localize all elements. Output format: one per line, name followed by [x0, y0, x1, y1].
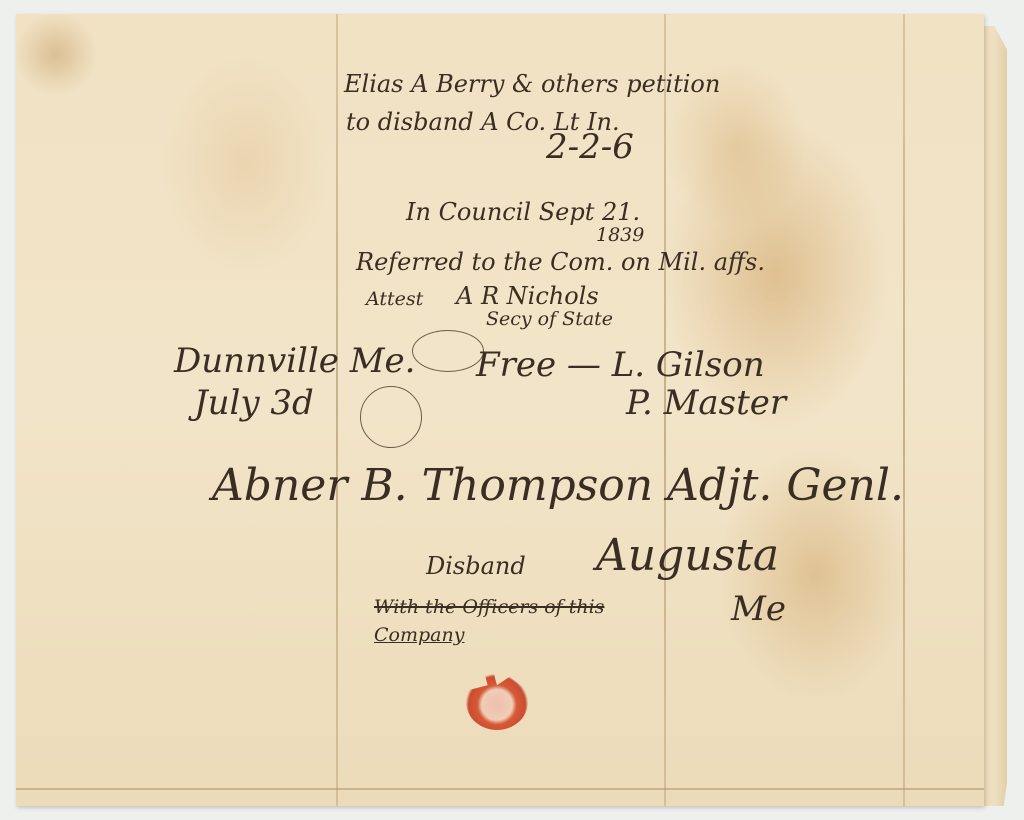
fold-line [336, 14, 338, 806]
postmark-date: July 3d [194, 386, 314, 420]
postmaster-title: P. Master [626, 386, 786, 420]
address-state: Me [731, 592, 786, 626]
docket-number: 2-2-6 [546, 130, 634, 164]
fold-line-horizontal [16, 788, 984, 790]
docket-title-line1: Elias A Berry & others petition [344, 72, 720, 96]
postmark-place: Dunnville Me. [174, 344, 415, 378]
free-frank: Free — L. Gilson [476, 348, 765, 382]
address-city: Augusta [596, 534, 779, 578]
addressee-name: Abner B. Thompson Adjt. Genl. [212, 464, 904, 508]
attest-label: Attest [366, 290, 423, 309]
council-note-line2: Referred to the Com. on Mil. affs. [356, 250, 765, 274]
fold-line [903, 14, 905, 806]
endorsement-line2: Company [374, 626, 464, 645]
attest-title: Secy of State [486, 310, 613, 329]
attest-name: A R Nichols [456, 284, 599, 308]
council-note-year: 1839 [596, 226, 644, 245]
document-scan: Elias A Berry & others petition to disba… [0, 0, 1024, 820]
endorsement-action: Disband [426, 554, 526, 578]
paper-sheet: Elias A Berry & others petition to disba… [16, 14, 984, 806]
wax-seal [466, 674, 528, 730]
flourish-decoration [412, 330, 484, 372]
endorsement-struck-line: With the Officers of this [374, 598, 604, 617]
flourish-decoration [360, 386, 422, 448]
council-note-line1: In Council Sept 21. [406, 200, 640, 224]
